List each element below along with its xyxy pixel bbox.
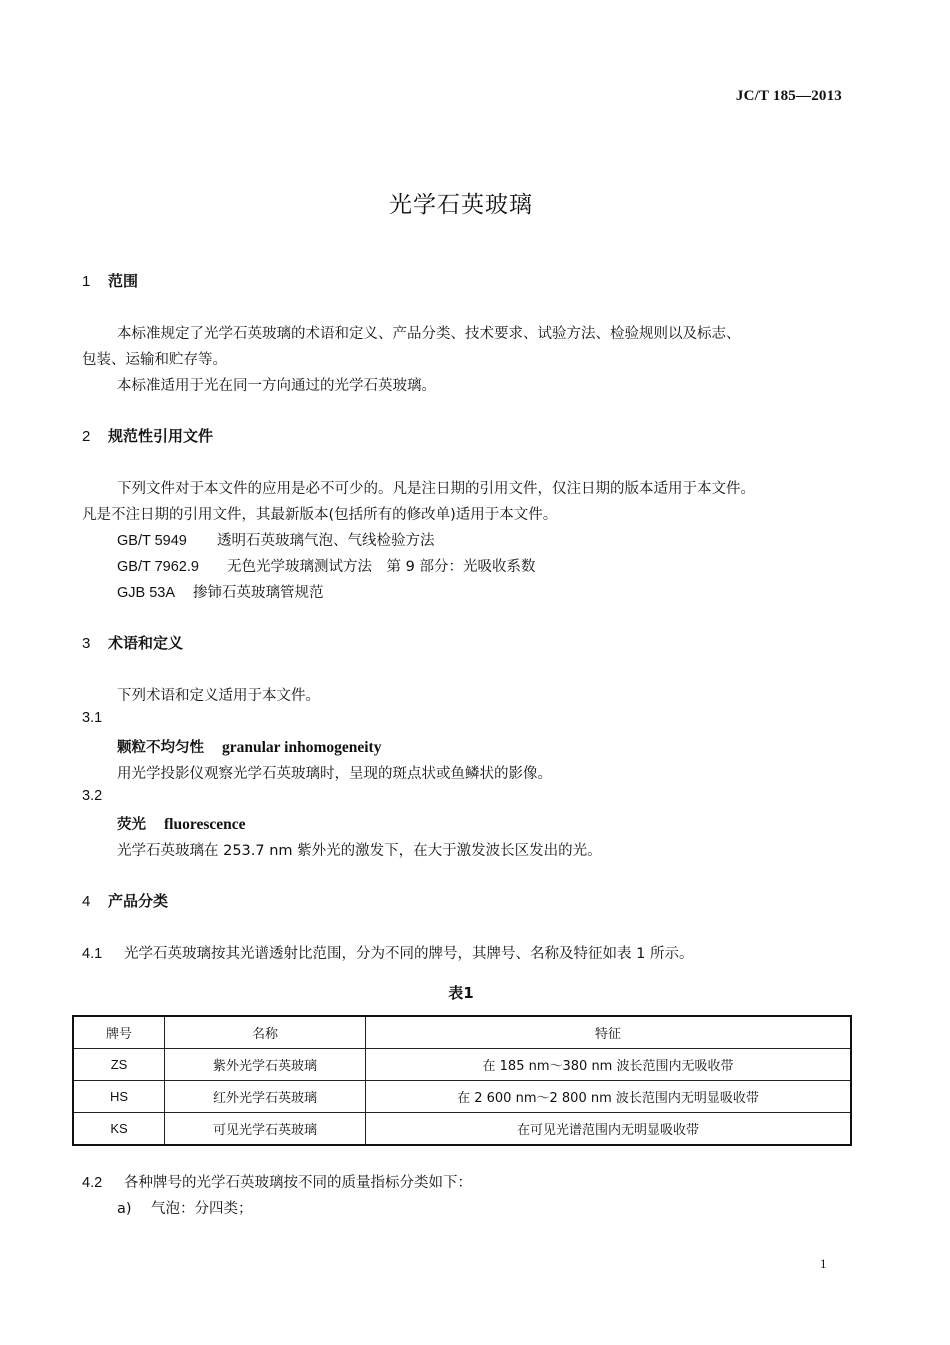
- table-caption: 表1: [0, 982, 922, 1003]
- term-heading: 颗粒不均匀性granular inhomogeneity: [117, 736, 381, 757]
- table-row: HS 红外光学石英玻璃 在 2 600 nm～2 800 nm 波长范围内无明显…: [73, 1081, 851, 1113]
- section-number: 4: [82, 893, 108, 910]
- list-text: 气泡：分四类；: [151, 1201, 253, 1217]
- refs-intro-line2: 凡是不注日期的引用文件，其最新版本(包括所有的修改单)适用于本文件。: [82, 503, 557, 524]
- grade-table: 牌号 名称 特征 ZS 紫外光学石英玻璃 在 185 nm～380 nm 波长范…: [72, 1015, 852, 1146]
- term-number: 3.2: [82, 788, 102, 804]
- cell-feature: 在 185 nm～380 nm 波长范围内无吸收带: [366, 1049, 852, 1081]
- document-title: 光学石英玻璃: [0, 186, 922, 219]
- table-header-row: 牌号 名称 特征: [73, 1016, 851, 1049]
- reference-code: GJB 53A: [117, 585, 193, 601]
- clause-4-2: 4.2各种牌号的光学石英玻璃按不同的质量指标分类如下：: [82, 1171, 472, 1192]
- cell-name: 可见光学石英玻璃: [165, 1113, 366, 1146]
- column-header: 牌号: [73, 1016, 165, 1049]
- clause-text: 光学石英玻璃按其光谱透射比范围，分为不同的牌号，其牌号、名称及特征如表 1 所示…: [124, 946, 693, 962]
- reference-item: GB/T 7962.9无色光学玻璃测试方法 第 9 部分：光吸收系数: [117, 555, 535, 576]
- reference-title: 透明石英玻璃气泡、气线检验方法: [217, 533, 435, 549]
- terms-intro: 下列术语和定义适用于本文件。: [117, 684, 320, 705]
- scope-paragraph-line2: 包装、运输和贮存等。: [82, 348, 227, 369]
- section-4-heading: 4产品分类: [82, 890, 168, 911]
- section-title: 术语和定义: [108, 634, 183, 652]
- term-heading: 荧光fluorescence: [117, 813, 246, 834]
- clause-4-1: 4.1光学石英玻璃按其光谱透射比范围，分为不同的牌号，其牌号、名称及特征如表 1…: [82, 942, 693, 963]
- section-number: 1: [82, 273, 108, 290]
- table-row: KS 可见光学石英玻璃 在可见光谱范围内无明显吸收带: [73, 1113, 851, 1146]
- section-number: 3: [82, 635, 108, 652]
- standard-code: JC/T 185—2013: [736, 88, 842, 105]
- section-number: 2: [82, 428, 108, 445]
- list-marker: a): [117, 1201, 151, 1217]
- section-2-heading: 2规范性引用文件: [82, 425, 213, 446]
- cell-name: 紫外光学石英玻璃: [165, 1049, 366, 1081]
- column-header: 名称: [165, 1016, 366, 1049]
- reference-item: GB/T 5949透明石英玻璃气泡、气线检验方法: [117, 529, 435, 550]
- section-title: 规范性引用文件: [108, 427, 213, 445]
- cell-grade: KS: [73, 1113, 165, 1146]
- term-definition: 用光学投影仪观察光学石英玻璃时，呈现的斑点状或鱼鳞状的影像。: [117, 762, 552, 783]
- clause-number: 4.2: [82, 1175, 124, 1191]
- scope-paragraph-line1: 本标准规定了光学石英玻璃的术语和定义、产品分类、技术要求、试验方法、检验规则以及…: [117, 322, 741, 343]
- section-3-heading: 3术语和定义: [82, 632, 183, 653]
- cell-feature: 在可见光谱范围内无明显吸收带: [366, 1113, 852, 1146]
- cell-feature: 在 2 600 nm～2 800 nm 波长范围内无明显吸收带: [366, 1081, 852, 1113]
- reference-title: 无色光学玻璃测试方法 第 9 部分：光吸收系数: [227, 559, 535, 575]
- cell-grade: ZS: [73, 1049, 165, 1081]
- table-row: ZS 紫外光学石英玻璃 在 185 nm～380 nm 波长范围内无吸收带: [73, 1049, 851, 1081]
- term-number: 3.1: [82, 710, 102, 726]
- scope-paragraph-2: 本标准适用于光在同一方向通过的光学石英玻璃。: [117, 374, 436, 395]
- list-item: a)气泡：分四类；: [117, 1197, 253, 1218]
- cell-grade: HS: [73, 1081, 165, 1113]
- reference-code: GB/T 5949: [117, 533, 217, 549]
- clause-text: 各种牌号的光学石英玻璃按不同的质量指标分类如下：: [124, 1175, 472, 1191]
- cell-name: 红外光学石英玻璃: [165, 1081, 366, 1113]
- term-zh: 颗粒不均匀性: [117, 740, 204, 756]
- clause-number: 4.1: [82, 946, 124, 962]
- page-number: 1: [820, 1256, 827, 1272]
- reference-title: 掺铈石英玻璃管规范: [193, 585, 324, 601]
- reference-code: GB/T 7962.9: [117, 559, 227, 575]
- section-title: 产品分类: [108, 892, 168, 910]
- term-definition: 光学石英玻璃在 253.7 nm 紫外光的激发下，在大于激发波长区发出的光。: [117, 839, 602, 860]
- term-en: granular inhomogeneity: [222, 739, 381, 756]
- term-zh: 荧光: [117, 817, 146, 833]
- section-title: 范围: [108, 272, 138, 290]
- term-en: fluorescence: [164, 816, 246, 833]
- refs-intro-line1: 下列文件对于本文件的应用是必不可少的。凡是注日期的引用文件，仅注日期的版本适用于…: [117, 477, 755, 498]
- section-1-heading: 1范围: [82, 270, 138, 291]
- column-header: 特征: [366, 1016, 852, 1049]
- reference-item: GJB 53A掺铈石英玻璃管规范: [117, 581, 324, 602]
